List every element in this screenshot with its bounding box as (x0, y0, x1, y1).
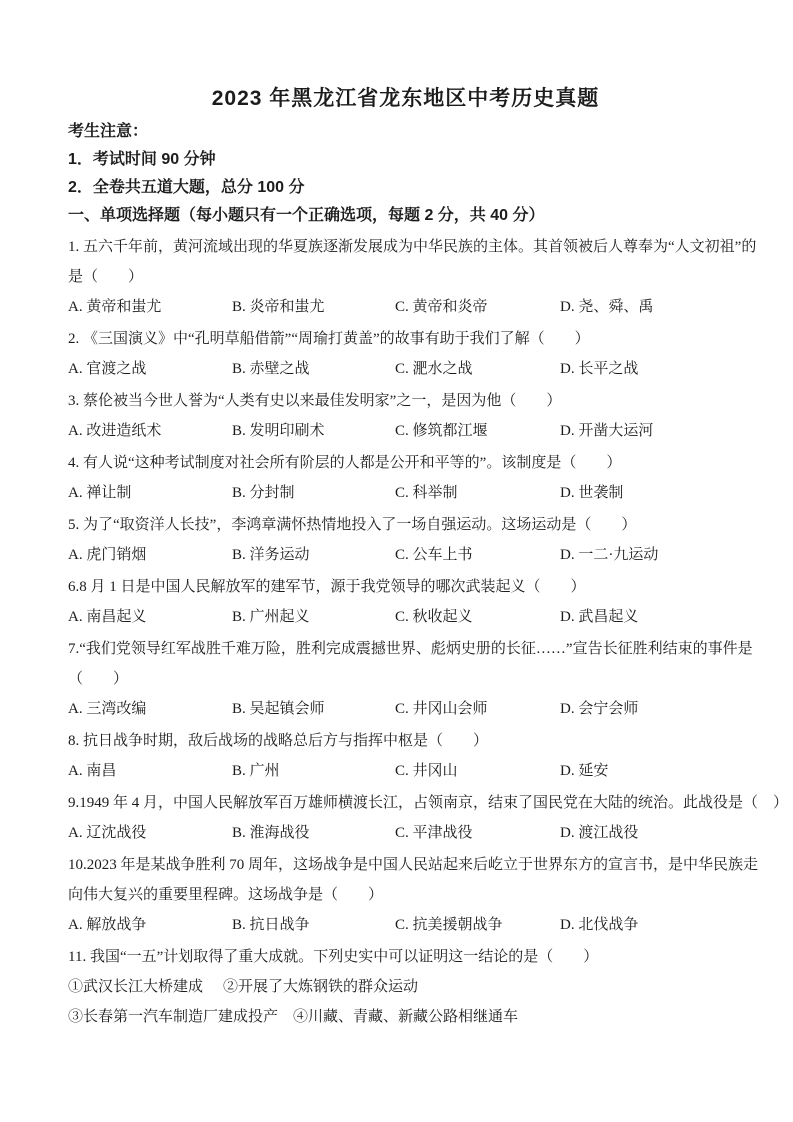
option-b: B. 淮海战役 (232, 818, 395, 848)
question-11-stem-line-1: 11. 我国“一五”计划取得了重大成就。下列史实中可以证明这一结论的是（ ） (68, 942, 743, 972)
notice-item-2: 2．全卷共五道大题，总分 100 分 (68, 174, 743, 202)
option-c: C. 平津战役 (395, 818, 560, 848)
question-3-options-row: A. 改进造纸术 B. 发明印刷术 C. 修筑都江堰 D. 开凿大运河 (68, 416, 743, 446)
question-11-subitems-row-1: ①武汉长江大桥建成 ②开展了大炼钢铁的群众运动 (68, 972, 743, 1002)
question-1-options-row: A. 黄帝和蚩尤 B. 炎帝和蚩尤 C. 黄帝和炎帝 D. 尧、舜、禹 (68, 292, 743, 322)
option-c: C. 抗美援朝战争 (395, 910, 560, 940)
question-4: 4. 有人说“这种考试制度对社会所有阶层的人都是公开和平等的”。该制度是（ ） … (68, 448, 743, 508)
question-5: 5. 为了“取资洋人长技”，李鸿章满怀热情地投入了一场自强运动。这场运动是（ ）… (68, 510, 743, 570)
option-b: B. 炎帝和蚩尤 (232, 292, 395, 322)
question-10-options-row: A. 解放战争 B. 抗日战争 C. 抗美援朝战争 D. 北伐战争 (68, 910, 743, 940)
question-9-stem-line-1: 9.1949 年 4 月，中国人民解放军百万雄师横渡长江，占领南京，结束了国民党… (68, 788, 743, 818)
option-d: D. 渡江战役 (560, 818, 743, 848)
question-4-options-row: A. 禅让制 B. 分封制 C. 科举制 D. 世袭制 (68, 478, 743, 508)
option-d: D. 北伐战争 (560, 910, 743, 940)
question-1-stem-line-1: 1. 五六千年前，黄河流域出现的华夏族逐渐发展成为中华民族的主体。其首领被后人尊… (68, 232, 743, 262)
question-7-stem-line-1: 7.“我们党领导红军战胜千难万险，胜利完成震撼世界、彪炳史册的长征……”宣告长征… (68, 634, 743, 664)
question-8-options-row: A. 南昌 B. 广州 C. 井冈山 D. 延安 (68, 756, 743, 786)
option-d: D. 武昌起义 (560, 602, 743, 632)
question-8: 8. 抗日战争时期，敌后战场的战略总后方与指挥中枢是（ ） A. 南昌 B. 广… (68, 726, 743, 786)
option-c: C. 科举制 (395, 478, 560, 508)
question-6-stem-line-1: 6.8 月 1 日是中国人民解放军的建军节，源于我党领导的哪次武装起义（ ） (68, 572, 743, 602)
question-5-stem-line-1: 5. 为了“取资洋人长技”，李鸿章满怀热情地投入了一场自强运动。这场运动是（ ） (68, 510, 743, 540)
question-1: 1. 五六千年前，黄河流域出现的华夏族逐渐发展成为中华民族的主体。其首领被后人尊… (68, 232, 743, 322)
document-page: 2023 年黑龙江省龙东地区中考历史真题 考生注意： 1．考试时间 90 分钟 … (0, 0, 793, 1122)
question-10-stem-line-2: 向伟大复兴的重要里程碑。这场战争是（ ） (68, 880, 743, 910)
question-3-stem-line-1: 3. 蔡伦被当今世人誉为“人类有史以来最佳发明家”之一，是因为他（ ） (68, 386, 743, 416)
question-5-options-row: A. 虎门销烟 B. 洋务运动 C. 公车上书 D. 一二·九运动 (68, 540, 743, 570)
question-6-options-row: A. 南昌起义 B. 广州起义 C. 秋收起义 D. 武昌起义 (68, 602, 743, 632)
question-7-options-row: A. 三湾改编 B. 吴起镇会师 C. 井冈山会师 D. 会宁会师 (68, 694, 743, 724)
option-d: D. 长平之战 (560, 354, 743, 384)
option-b: B. 发明印刷术 (232, 416, 395, 446)
question-8-stem-line-1: 8. 抗日战争时期，敌后战场的战略总后方与指挥中枢是（ ） (68, 726, 743, 756)
option-a: A. 辽沈战役 (68, 818, 232, 848)
option-d: D. 世袭制 (560, 478, 743, 508)
option-b: B. 吴起镇会师 (232, 694, 395, 724)
option-b: B. 广州 (232, 756, 395, 786)
option-c: C. 修筑都江堰 (395, 416, 560, 446)
section-heading: 一、单项选择题（每小题只有一个正确选项，每题 2 分，共 40 分） (68, 202, 743, 230)
question-4-stem-line-1: 4. 有人说“这种考试制度对社会所有阶层的人都是公开和平等的”。该制度是（ ） (68, 448, 743, 478)
option-b: B. 广州起义 (232, 602, 395, 632)
question-2-stem-line-1: 2. 《三国演义》中“孔明草船借箭”“周瑜打黄盖”的故事有助于我们了解（ ） (68, 324, 743, 354)
question-1-stem-line-2: 是（ ） (68, 262, 743, 292)
option-a: A. 解放战争 (68, 910, 232, 940)
option-b: B. 洋务运动 (232, 540, 395, 570)
option-b: B. 抗日战争 (232, 910, 395, 940)
option-d: D. 开凿大运河 (560, 416, 743, 446)
question-2-options-row: A. 官渡之战 B. 赤壁之战 C. 淝水之战 D. 长平之战 (68, 354, 743, 384)
option-a: A. 三湾改编 (68, 694, 232, 724)
question-10-stem-line-1: 10.2023 年是某战争胜利 70 周年，这场战争是中国人民站起来后屹立于世界… (68, 850, 743, 880)
option-a: A. 禅让制 (68, 478, 232, 508)
option-a: A. 改进造纸术 (68, 416, 232, 446)
sub-item-1: ①武汉长江大桥建成 (68, 972, 223, 1002)
option-d: D. 尧、舜、禹 (560, 292, 743, 322)
option-c: C. 黄帝和炎帝 (395, 292, 560, 322)
option-a: A. 南昌 (68, 756, 232, 786)
notice-item-1: 1．考试时间 90 分钟 (68, 146, 743, 174)
sub-item-4: ④川藏、青藏、新藏公路相继通车 (293, 1002, 518, 1032)
option-b: B. 赤壁之战 (232, 354, 395, 384)
option-a: A. 虎门销烟 (68, 540, 232, 570)
option-d: D. 一二·九运动 (560, 540, 743, 570)
question-3: 3. 蔡伦被当今世人誉为“人类有史以来最佳发明家”之一，是因为他（ ） A. 改… (68, 386, 743, 446)
option-c: C. 公车上书 (395, 540, 560, 570)
option-c: C. 秋收起义 (395, 602, 560, 632)
option-b: B. 分封制 (232, 478, 395, 508)
question-7-stem-line-2: （ ） (68, 664, 743, 694)
option-c: C. 淝水之战 (395, 354, 560, 384)
option-d: D. 会宁会师 (560, 694, 743, 724)
question-6: 6.8 月 1 日是中国人民解放军的建军节，源于我党领导的哪次武装起义（ ） A… (68, 572, 743, 632)
question-9-options-row: A. 辽沈战役 B. 淮海战役 C. 平津战役 D. 渡江战役 (68, 818, 743, 848)
question-11-subitems-row-2: ③长春第一汽车制造厂建成投产 ④川藏、青藏、新藏公路相继通车 (68, 1002, 743, 1032)
sub-item-3: ③长春第一汽车制造厂建成投产 (68, 1002, 293, 1032)
option-a: A. 黄帝和蚩尤 (68, 292, 232, 322)
question-11: 11. 我国“一五”计划取得了重大成就。下列史实中可以证明这一结论的是（ ） ①… (68, 942, 743, 1032)
sub-item-2: ②开展了大炼钢铁的群众运动 (223, 972, 418, 1002)
notice-heading: 考生注意： (68, 118, 743, 146)
question-10: 10.2023 年是某战争胜利 70 周年，这场战争是中国人民站起来后屹立于世界… (68, 850, 743, 940)
page-title: 2023 年黑龙江省龙东地区中考历史真题 (68, 86, 743, 112)
question-7: 7.“我们党领导红军战胜千难万险，胜利完成震撼世界、彪炳史册的长征……”宣告长征… (68, 634, 743, 724)
option-a: A. 官渡之战 (68, 354, 232, 384)
option-c: C. 井冈山 (395, 756, 560, 786)
option-c: C. 井冈山会师 (395, 694, 560, 724)
option-d: D. 延安 (560, 756, 743, 786)
question-2: 2. 《三国演义》中“孔明草船借箭”“周瑜打黄盖”的故事有助于我们了解（ ） A… (68, 324, 743, 384)
question-9: 9.1949 年 4 月，中国人民解放军百万雄师横渡长江，占领南京，结束了国民党… (68, 788, 743, 848)
option-a: A. 南昌起义 (68, 602, 232, 632)
